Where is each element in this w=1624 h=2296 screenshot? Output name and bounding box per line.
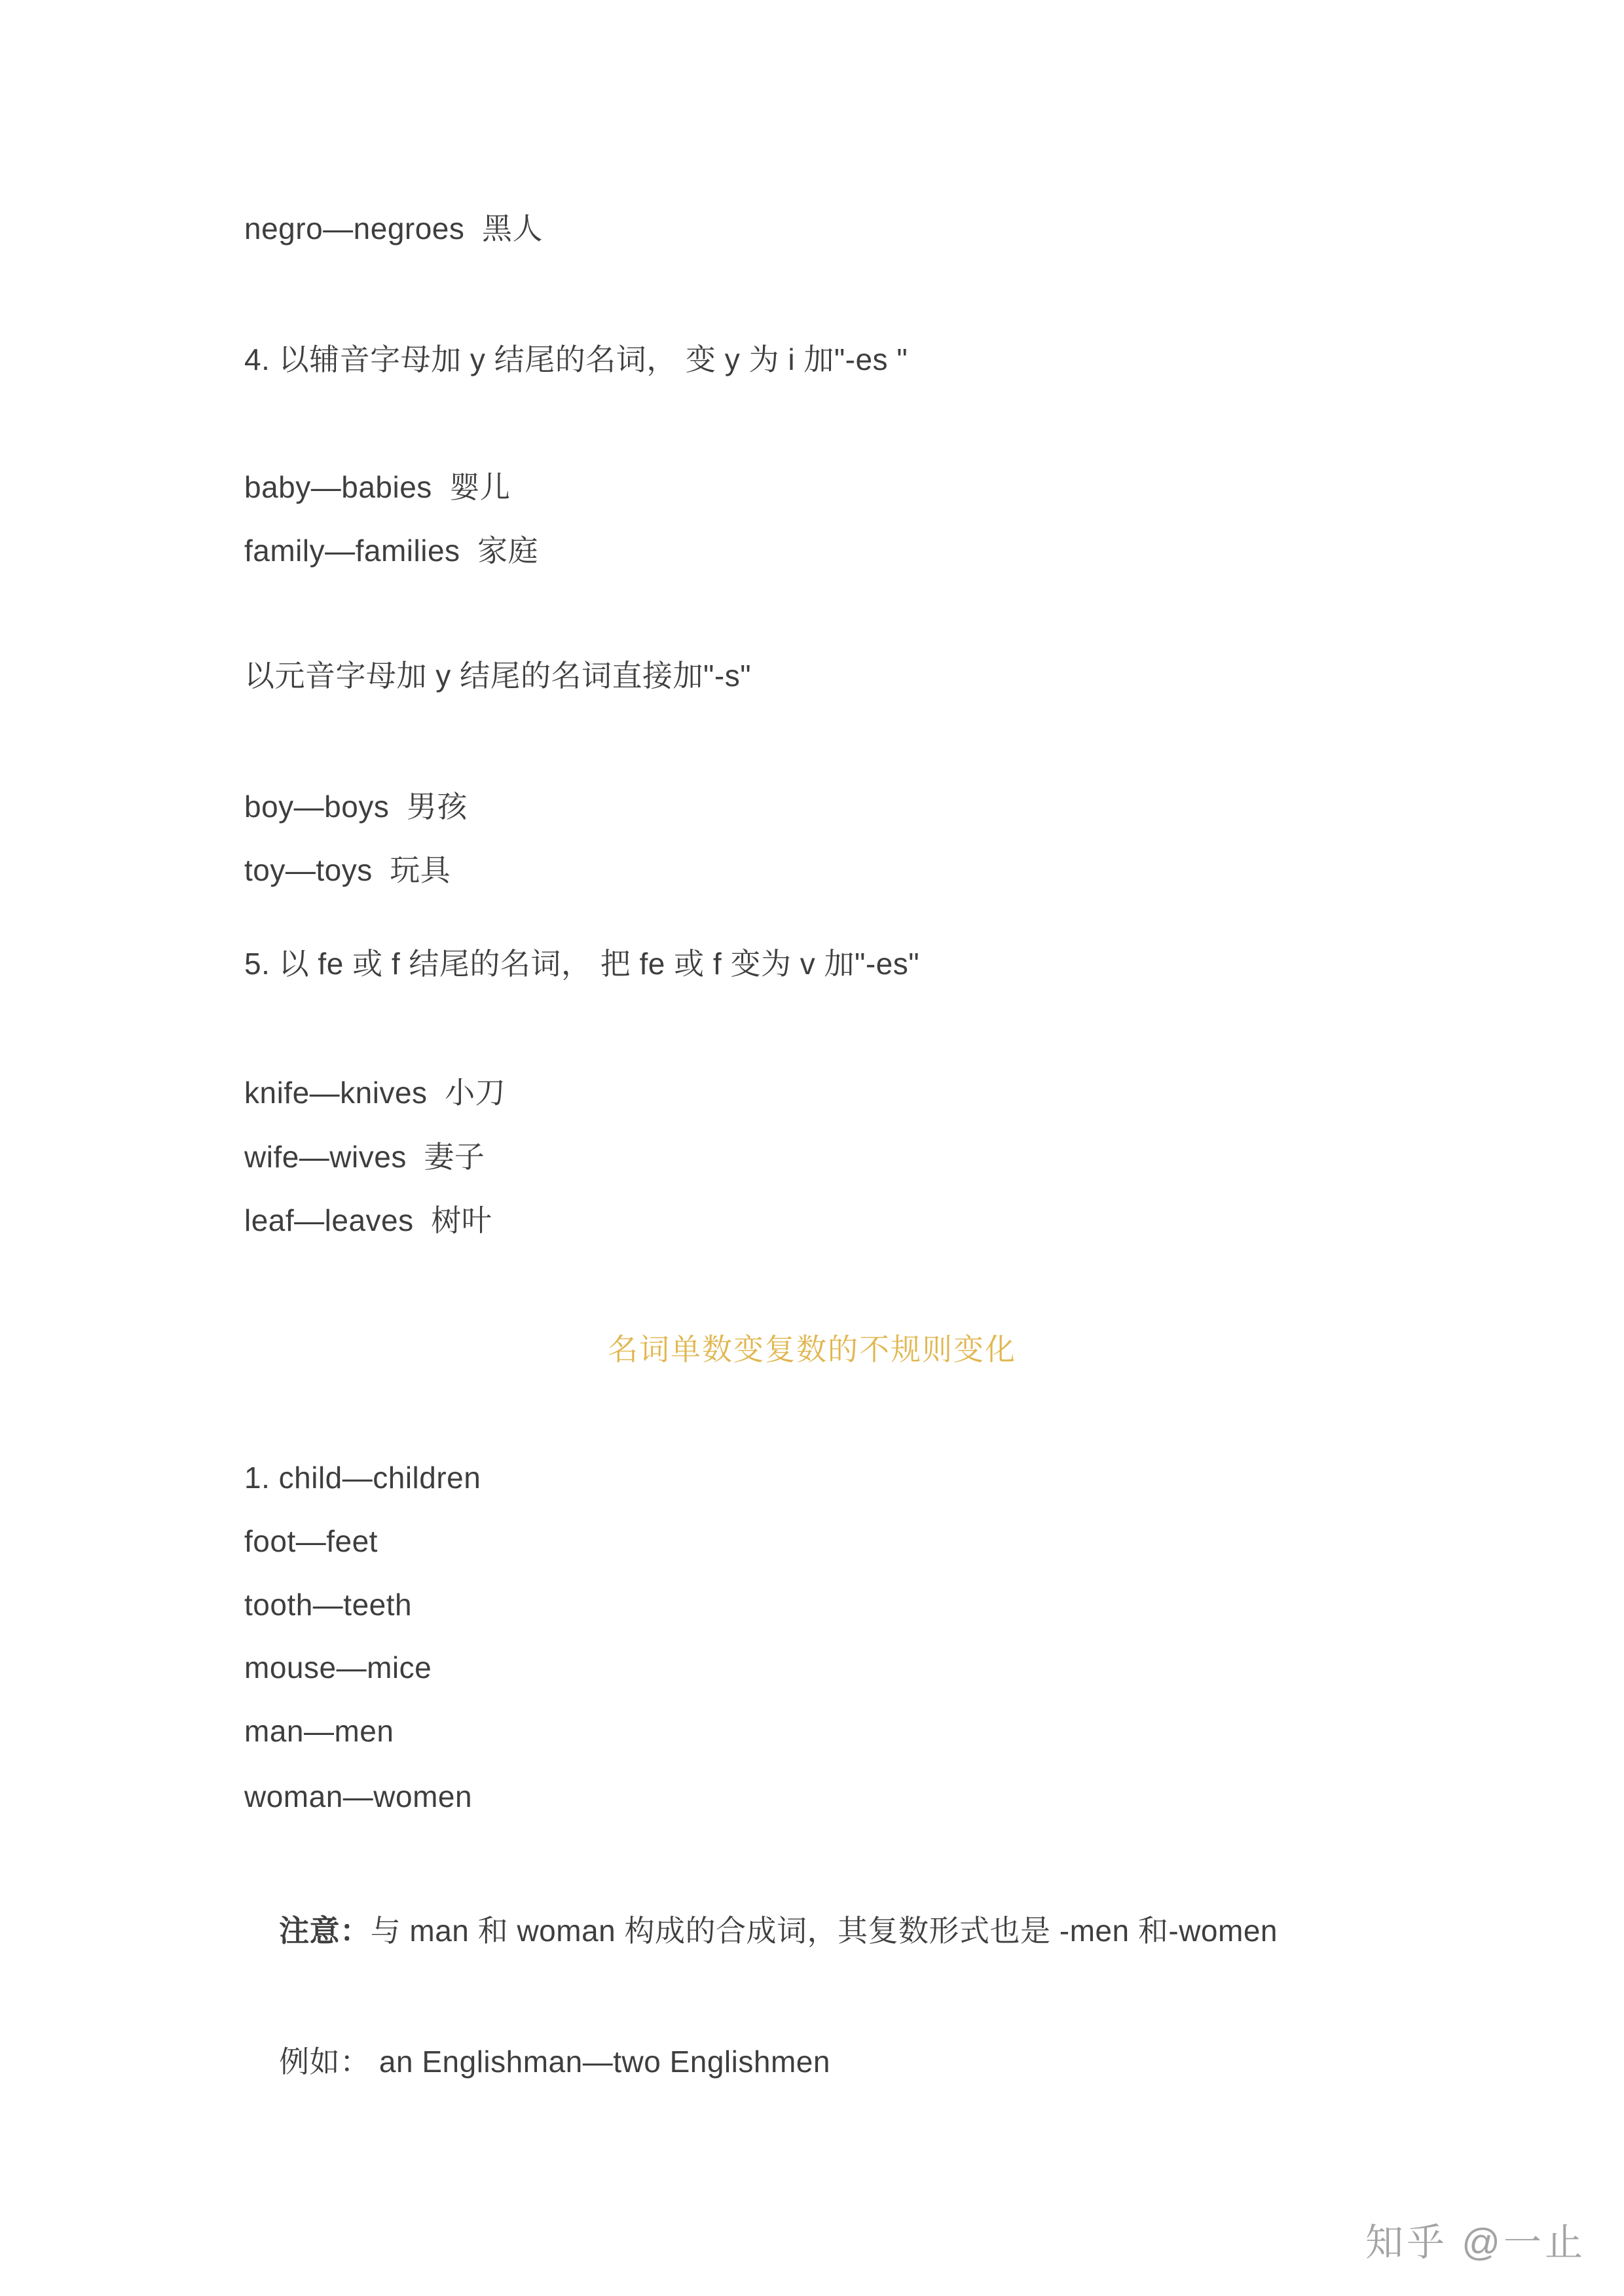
example-pair-boy: boy—boys 男孩 xyxy=(244,789,468,825)
example-pair-child: 1. child—children xyxy=(244,1460,481,1496)
example-pair-toy: toy—toys 玩具 xyxy=(244,852,451,888)
rule4-vowel-note: 以元音字母加 y 结尾的名词直接加"-s" xyxy=(244,658,751,694)
example-pair-woman: woman—women xyxy=(244,1779,472,1815)
example-pair-negro: negro—negroes 黑人 xyxy=(244,211,543,247)
example-pair-tooth: tooth—teeth xyxy=(244,1587,412,1623)
example-pair-family: family—families 家庭 xyxy=(244,533,538,569)
document-page: negro—negroes 黑人 4. 以辅音字母加 y 结尾的名词， 变 y … xyxy=(0,0,1624,2296)
example-pair-foot: foot—feet xyxy=(244,1523,378,1559)
note-text: 与 man 和 woman 构成的合成词，其复数形式也是 -men 和-wome… xyxy=(371,1914,1278,1948)
example-text: an Englishman—two Englishmen xyxy=(371,2045,830,2079)
note-line: 注意：与 man 和 woman 构成的合成词，其复数形式也是 -men 和-w… xyxy=(244,1877,1278,1986)
example-pair-leaf: leaf—leaves 树叶 xyxy=(244,1203,492,1239)
example-pair-mouse: mouse—mice xyxy=(244,1650,432,1686)
example-pair-baby: baby—babies 婴儿 xyxy=(244,469,510,505)
zhihu-watermark: 知乎 @一止 xyxy=(1365,2212,1586,2267)
rule5-heading: 5. 以 fe 或 f 结尾的名词， 把 fe 或 f 变为 v 加"-es" xyxy=(244,946,919,982)
note-label: 注意： xyxy=(279,1914,371,1948)
rule4-heading: 4. 以辅音字母加 y 结尾的名词， 变 y 为 i 加"-es " xyxy=(244,342,908,378)
example-pair-man: man—men xyxy=(244,1713,394,1749)
example-line: 例如： an Englishman—two Englishmen xyxy=(244,2008,830,2117)
example-label: 例如： xyxy=(279,2045,371,2079)
example-pair-knife: knife—knives 小刀 xyxy=(244,1075,506,1111)
irregular-section-heading: 名词单数变复数的不规则变化 xyxy=(0,1332,1624,1368)
example-pair-wife: wife—wives 妻子 xyxy=(244,1139,485,1175)
